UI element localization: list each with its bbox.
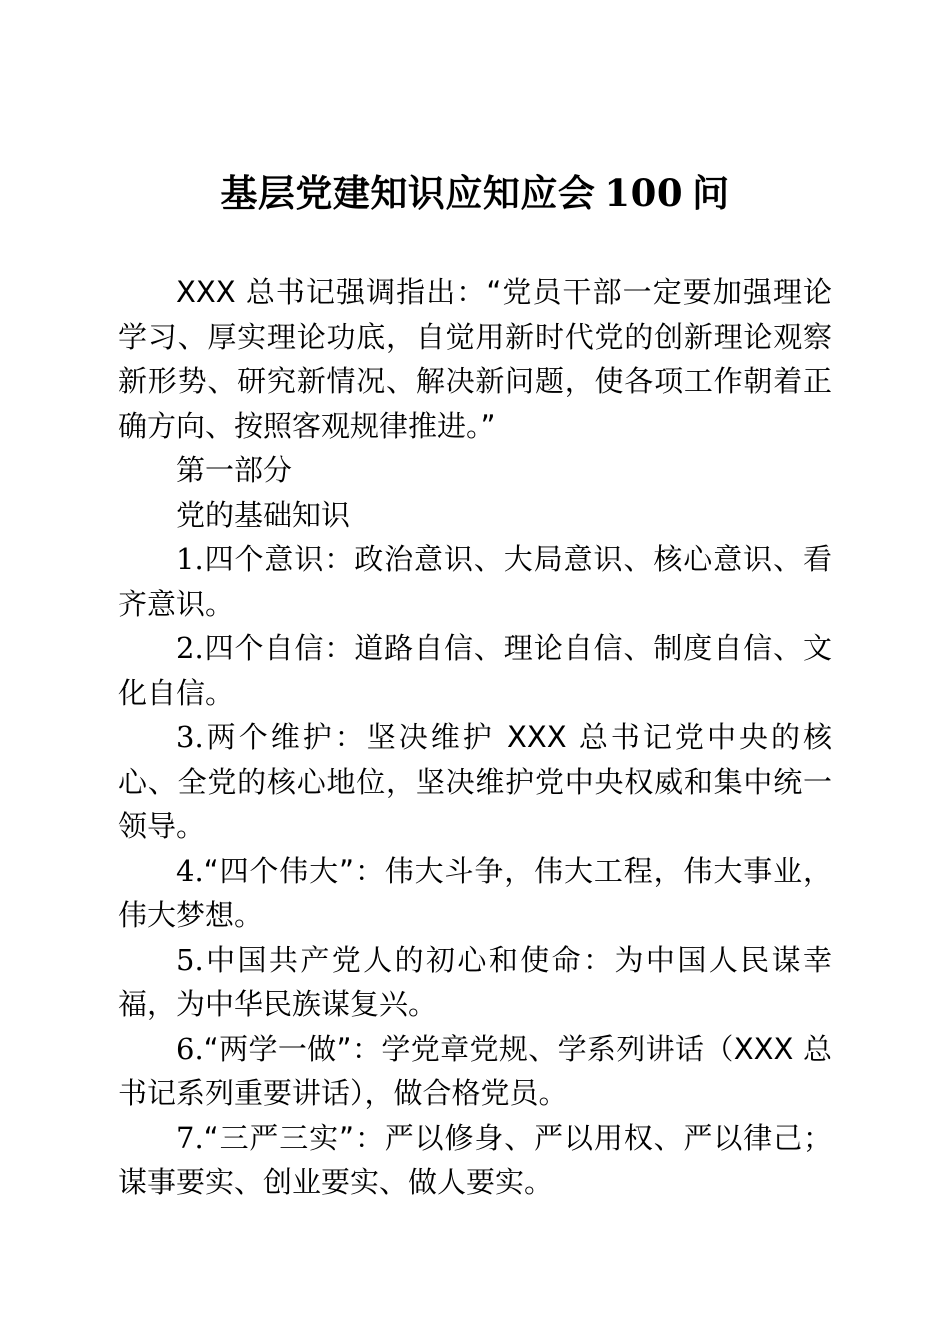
list-item-text: “四个伟大”：伟大斗争，伟大工程，伟大事业，伟大梦想。 <box>118 854 832 933</box>
document-title-number: 100 <box>604 171 683 215</box>
document-page: 基层党建知识应知应会100问 XXX 总书记强调指出：“党员干部一定要加强理论学… <box>0 0 950 1344</box>
list-item-4: 4.“四个伟大”：伟大斗争，伟大工程，伟大事业，伟大梦想。 <box>118 849 832 938</box>
document-body: XXX 总书记强调指出：“党员干部一定要加强理论学习、厚实理论功底，自觉用新时代… <box>118 270 832 1205</box>
paragraph-text: 第一部分 <box>176 453 292 487</box>
document-title-prefix: 基层党建知识应知应会 <box>220 172 595 215</box>
list-item-number: 7. <box>176 1121 204 1155</box>
list-item-number: 2. <box>176 631 204 665</box>
list-item-7: 7.“三严三实”：严以修身、严以用权、严以律己；谋事要实、创业要实、做人要实。 <box>118 1116 832 1205</box>
list-item-number: 3. <box>176 720 204 754</box>
list-item-text: 四个意识：政治意识、大局意识、核心意识、看齐意识。 <box>118 542 832 621</box>
list-item-number: 5. <box>176 943 204 977</box>
list-item-6: 6.“两学一做”：学党章党规、学系列讲话（XXX 总书记系列重要讲话），做合格党… <box>118 1027 832 1116</box>
section-subheading-party-basics: 党的基础知识 <box>118 493 832 538</box>
list-item-text: 中国共产党人的初心和使命：为中国人民谋幸福，为中华民族谋复兴。 <box>118 943 832 1022</box>
list-item-2: 2.四个自信：道路自信、理论自信、制度自信、文化自信。 <box>118 626 832 715</box>
section-heading-part-one: 第一部分 <box>118 448 832 493</box>
paragraph-text: 党的基础知识 <box>176 498 350 532</box>
paragraph-text: XXX 总书记强调指出：“党员干部一定要加强理论学习、厚实理论功底，自觉用新时代… <box>118 275 832 443</box>
document-title: 基层党建知识应知应会100问 <box>118 169 832 218</box>
list-item-text: “两学一做”：学党章党规、学系列讲话（XXX 总书记系列重要讲话），做合格党员。 <box>118 1032 832 1111</box>
list-item-number: 6. <box>176 1032 204 1066</box>
list-item-number: 4. <box>176 854 204 888</box>
document-title-suffix: 问 <box>692 172 730 215</box>
paragraph-intro-quote: XXX 总书记强调指出：“党员干部一定要加强理论学习、厚实理论功底，自觉用新时代… <box>118 270 832 448</box>
list-item-5: 5.中国共产党人的初心和使命：为中国人民谋幸福，为中华民族谋复兴。 <box>118 938 832 1027</box>
list-item-text: 两个维护：坚决维护 XXX 总书记党中央的核心、全党的核心地位，坚决维护党中央权… <box>118 720 832 843</box>
list-item-text: 四个自信：道路自信、理论自信、制度自信、文化自信。 <box>118 631 832 710</box>
list-item-3: 3.两个维护：坚决维护 XXX 总书记党中央的核心、全党的核心地位，坚决维护党中… <box>118 715 832 849</box>
list-item-1: 1.四个意识：政治意识、大局意识、核心意识、看齐意识。 <box>118 537 832 626</box>
list-item-text: “三严三实”：严以修身、严以用权、严以律己；谋事要实、创业要实、做人要实。 <box>118 1121 832 1200</box>
list-item-number: 1. <box>176 542 204 576</box>
